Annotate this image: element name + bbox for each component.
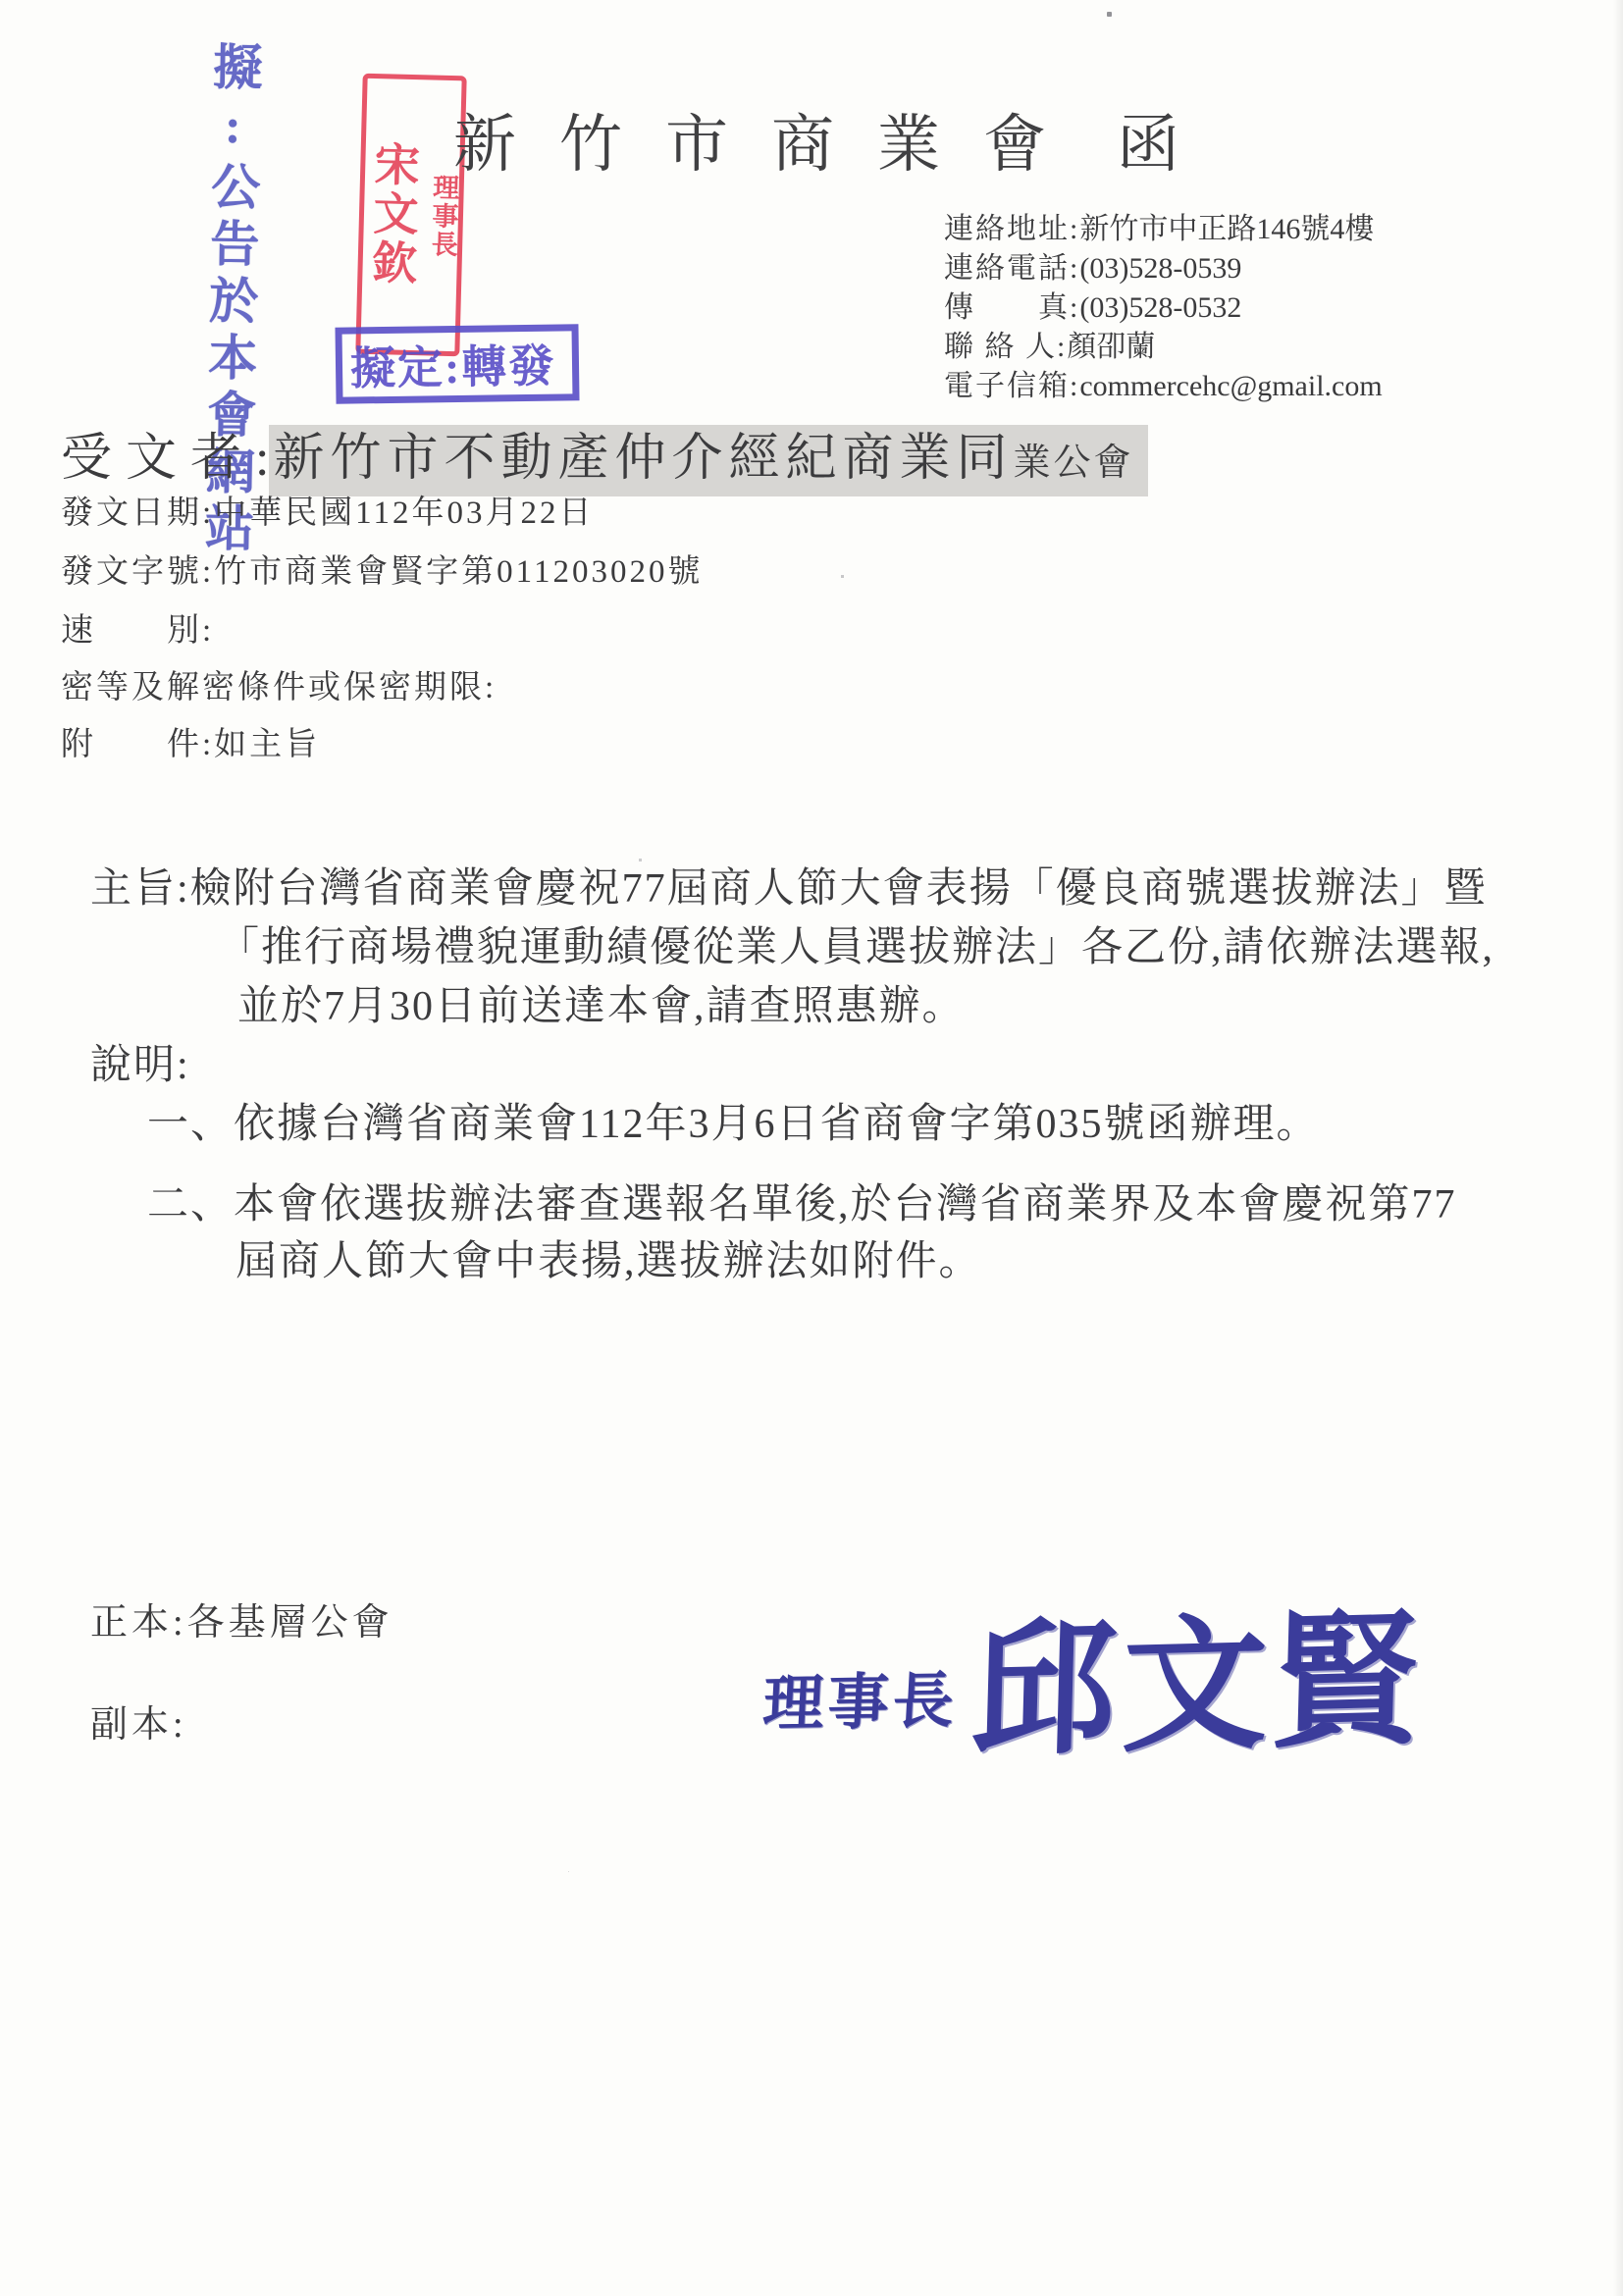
description-item-1: 一、依據台灣省商業會112年3月6日省商會字第035號函辦理。	[147, 1091, 1319, 1150]
subject-line-2: 「推行商場禮貌運動績優從業人員選拔辦法」各乙份,請依辦法選報,	[218, 914, 1494, 973]
chairman-seal-name: 宋文欽	[358, 140, 427, 289]
recipient-row: 受文者:新竹市不動產仲介經紀商業同業公會	[61, 416, 1148, 490]
issue-date-row: 發文日期:中華民國112年03月22日	[61, 487, 594, 533]
scan-edge-artifact	[1613, 0, 1623, 2296]
document-title: 新竹市商業會函	[453, 94, 1223, 184]
contact-block: 連絡地址:新竹市中正路146號4樓 連絡電話:(03)528-0539 傳 真:…	[944, 210, 1383, 406]
contact-fax-row: 傳 真:(03)528-0532	[944, 288, 1383, 328]
original-copy-row: 正本:各基層公會	[90, 1592, 393, 1645]
document-type: 函	[1117, 110, 1223, 180]
scan-speckle	[1107, 12, 1112, 17]
scanned-official-letter: 擬:公告於本會網站 理事長宋文欽 擬定:轉發 新竹市商業會函 連絡地址:新竹市中…	[0, 0, 1623, 2296]
signature-title: 理事長	[761, 1651, 961, 1742]
subject-line-1: 主旨:檢附台灣省商業會慶祝77屆商人節大會表揚「優良商號選拔辦法」暨	[90, 856, 1488, 914]
contact-person-row: 聯 絡 人:顏卲蘭	[944, 328, 1383, 367]
description-item-2-line-1: 二、本會依選拔辦法審查選報名單後,於台灣省商業界及本會慶祝第77	[147, 1172, 1457, 1230]
description-heading: 說明:	[90, 1032, 190, 1091]
subject-line-3: 並於7月30日前送達本會,請查照惠辦。	[237, 973, 966, 1032]
recipient-colon: :	[255, 431, 269, 487]
priority-row: 速 別:	[61, 604, 214, 651]
signature-name: 邱文賢	[969, 1564, 1427, 1784]
description-item-2-line-2: 屆商人節大會中表揚,選拔辦法如附件。	[236, 1228, 982, 1287]
contact-address-row: 連絡地址:新竹市中正路146號4樓	[944, 210, 1383, 249]
chairman-seal-title: 理事長	[423, 173, 463, 259]
chairman-signature: 理事長 邱文賢	[763, 1570, 1425, 1778]
contact-phone-row: 連絡電話:(03)528-0539	[944, 249, 1383, 288]
recipient-label: 受文者	[61, 431, 255, 487]
chairman-seal-stamp: 理事長宋文欽	[355, 74, 466, 357]
contact-email-row: 電子信箱:commercehc@gmail.com	[944, 367, 1383, 406]
action-stamp: 擬定:轉發	[335, 324, 579, 403]
duplicate-copy-row: 副本:	[90, 1694, 187, 1748]
attachment-row: 附 件:如主旨	[61, 718, 320, 764]
issuing-org-name: 新竹市商業會	[453, 110, 1089, 180]
doc-number-row: 發文字號:竹市商業會賢字第011203020號	[61, 546, 703, 592]
security-row: 密等及解密條件或保密期限:	[61, 661, 497, 707]
